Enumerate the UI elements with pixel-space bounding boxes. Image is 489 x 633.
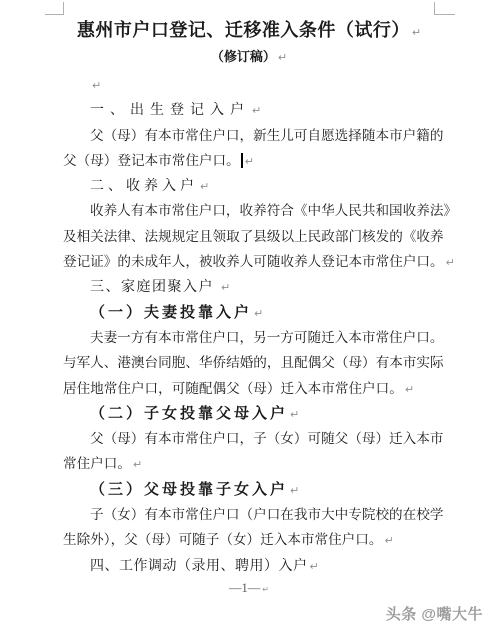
paragraph-mark-icon: ↵ — [254, 307, 263, 320]
paragraph-mark-icon: ↵ — [446, 256, 455, 269]
text-line[interactable]: 四、工作调动（录用、聘用）入户↵ — [63, 553, 437, 578]
page-footer: —1—↵ — [63, 581, 435, 596]
line-text: 三、家庭团聚入户 — [90, 280, 219, 295]
line-text: 一、出生登记入户 — [90, 103, 250, 118]
line-text: （三）父母投靠子女入户 — [90, 481, 288, 498]
paragraph-mark-icon: ↵ — [92, 79, 101, 92]
line-text: 收养人有本市常住户口，收养符合《中华人民共和国收养法》 — [90, 203, 457, 218]
page-number: —1— — [229, 581, 260, 595]
line-text: 居住地常住户口，可随配偶父（母）迁入本市常住户口。 — [63, 381, 403, 396]
text-line[interactable]: 及相关法律、法规规定且领取了县级以上民政部门核发的《收养 — [63, 224, 437, 249]
line-text: 四、工作调动（录用、聘用）入户 — [90, 559, 308, 574]
text-line[interactable]: 一、出生登记入户↵ — [63, 97, 437, 122]
text-line[interactable]: 子（女）有本市常住户口（户口在我市大中专院校的在校学 — [63, 502, 437, 527]
text-line[interactable]: 居住地常住户口，可随配偶父（母）迁入本市常住户口。↵ — [63, 376, 437, 401]
text-line[interactable]: 登记证》的未成年人，被收养人可随收养人登记本市常住户口。↵ — [63, 249, 437, 274]
text-line[interactable]: （二）子女投靠父母入户↵ — [63, 401, 437, 426]
document-page[interactable]: 惠州市户口登记、迁移准入条件（试行）↵ （修订稿）↵ ↵一、出生登记入户↵父（母… — [0, 0, 489, 633]
line-text: 父（母）有本市常住户口，新生儿可自愿选择随本市户籍的 — [90, 128, 443, 143]
text-line[interactable]: 与军人、港澳台同胞、华侨结婚的，且配偶父（母）有本市实际 — [63, 350, 437, 375]
text-line[interactable]: 夫妻一方有本市常住户口，另一方可随迁入本市常住户口。 — [63, 325, 437, 350]
document-title[interactable]: 惠州市户口登记、迁移准入条件（试行）↵ — [63, 16, 435, 42]
watermark: 头条 @嘴大牛 — [386, 603, 483, 624]
document-subtitle-text: （修订稿） — [211, 49, 276, 64]
line-text: （一）夫妻投靠入户 — [90, 304, 252, 321]
text-line[interactable]: 生除外），父（母）可随子（女）迁入本市常住户口。↵ — [63, 527, 437, 552]
line-text: 父（母）有本市常住户口，子（女）可随父（母）迁入本市 — [90, 431, 443, 446]
paragraph-mark-icon: ↵ — [310, 560, 319, 573]
text-line[interactable]: 常住户口。↵ — [63, 451, 437, 476]
line-text: 夫妻一方有本市常住户口，另一方可随迁入本市常住户口。 — [90, 330, 443, 345]
paragraph-mark-icon: ↵ — [221, 281, 230, 294]
line-text: 二、收养入户 — [90, 179, 198, 194]
document-body[interactable]: ↵一、出生登记入户↵父（母）有本市常住户口，新生儿可自愿选择随本市户籍的父（母）… — [63, 72, 437, 578]
document-title-text: 惠州市户口登记、迁移准入条件（试行） — [77, 20, 410, 40]
line-text: 登记证》的未成年人，被收养人可随收养人登记本市常住户口。 — [63, 254, 444, 269]
paragraph-mark-icon: ↵ — [405, 383, 414, 396]
text-boundary-mark-top-left — [45, 2, 64, 15]
paragraph-mark-icon: ↵ — [290, 408, 299, 421]
text-line[interactable]: 父（母）登记本市常住户口。↵ — [63, 148, 437, 173]
text-line[interactable]: ↵ — [63, 72, 437, 97]
line-text: （二）子女投靠父母入户 — [90, 405, 288, 422]
line-text: 生除外），父（母）可随子（女）迁入本市常住户口。 — [63, 532, 382, 547]
paragraph-mark-icon: ↵ — [133, 458, 142, 471]
paragraph-mark-icon: ↵ — [290, 484, 299, 497]
document-subtitle[interactable]: （修订稿）↵ — [63, 46, 435, 65]
text-line[interactable]: （三）父母投靠子女入户↵ — [63, 477, 437, 502]
text-line[interactable]: （一）夫妻投靠入户↵ — [63, 300, 437, 325]
text-line[interactable]: 二、收养入户↵ — [63, 173, 437, 198]
text-cursor — [241, 153, 243, 168]
line-text: 与军人、港澳台同胞、华侨结婚的，且配偶父（母）有本市实际 — [63, 355, 444, 370]
paragraph-mark-icon: ↵ — [262, 585, 269, 594]
paragraph-mark-icon: ↵ — [412, 26, 421, 39]
text-line[interactable]: 父（母）有本市常住户口，子（女）可随父（母）迁入本市 — [63, 426, 437, 451]
paragraph-mark-icon: ↵ — [245, 155, 254, 168]
paragraph-mark-icon: ↵ — [200, 180, 209, 193]
paragraph-mark-icon: ↵ — [278, 51, 287, 64]
text-boundary-mark-top-right — [434, 2, 455, 15]
text-line[interactable]: 收养人有本市常住户口，收养符合《中华人民共和国收养法》 — [63, 198, 437, 223]
line-text: 子（女）有本市常住户口（户口在我市大中专院校的在校学 — [90, 507, 443, 522]
text-line[interactable]: 父（母）有本市常住户口，新生儿可自愿选择随本市户籍的 — [63, 123, 437, 148]
line-text: 及相关法律、法规规定且领取了县级以上民政部门核发的《收养 — [63, 229, 444, 244]
paragraph-mark-icon: ↵ — [384, 534, 393, 547]
line-text: 父（母）登记本市常住户口。 — [63, 153, 240, 168]
text-line[interactable]: 三、家庭团聚入户 ↵ — [63, 274, 437, 299]
line-text: 常住户口。 — [63, 456, 131, 471]
paragraph-mark-icon: ↵ — [252, 104, 261, 117]
